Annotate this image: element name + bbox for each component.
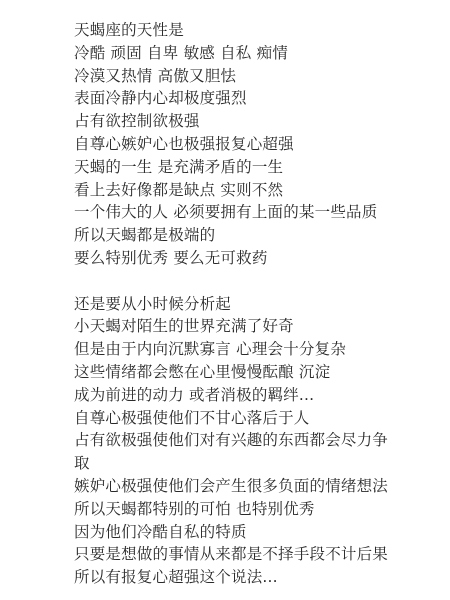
text-line: 因为他们冷酷自私的特质 — [74, 521, 394, 544]
paragraph-spacer — [74, 270, 394, 293]
text-line: 天蝎座的天性是 — [74, 19, 394, 42]
text-line: 要么特别优秀 要么无可救药 — [74, 247, 394, 270]
text-line: 成为前进的动力 或者消极的羁绊... — [74, 384, 394, 407]
text-line: 天蝎的一生 是充满矛盾的一生 — [74, 156, 394, 179]
text-line: 嫉妒心极强使他们会产生很多负面的情绪想法 — [74, 475, 394, 498]
text-line: 这些情绪都会憋在心里慢慢酝酿 沉淀 — [74, 361, 394, 384]
text-line: 占有欲控制欲极强 — [74, 110, 394, 133]
text-line: 冷酷 顽固 自卑 敏感 自私 痴情 — [74, 42, 394, 65]
text-line: 占有欲极强使他们对有兴趣的东西都会尽力争 — [74, 429, 394, 452]
text-line: 所以天蝎都特别的可怕 也特别优秀 — [74, 498, 394, 521]
text-line: 自尊心嫉妒心也极强报复心超强 — [74, 133, 394, 156]
document-body: 天蝎座的天性是 冷酷 顽固 自卑 敏感 自私 痴情 冷漠又热情 高傲又胆怯 表面… — [74, 19, 394, 589]
text-line: 一个伟大的人 必须要拥有上面的某一些品质 — [74, 201, 394, 224]
text-line: 自尊心极强使他们不甘心落后于人 — [74, 407, 394, 430]
text-line: 看上去好像都是缺点 实则不然 — [74, 179, 394, 202]
paragraph-childhood-analysis: 还是要从小时候分析起 小天蝎对陌生的世界充满了好奇 但是由于内向沉默寡言 心理会… — [74, 293, 394, 589]
text-line: 小天蝎对陌生的世界充满了好奇 — [74, 315, 394, 338]
text-line: 冷漠又热情 高傲又胆怯 — [74, 65, 394, 88]
text-line: 所以有报复心超强这个说法... — [74, 566, 394, 589]
text-line: 取 — [74, 452, 394, 475]
text-line: 所以天蝎都是极端的 — [74, 224, 394, 247]
text-line: 还是要从小时候分析起 — [74, 293, 394, 316]
text-line: 但是由于内向沉默寡言 心理会十分复杂 — [74, 338, 394, 361]
text-line: 表面冷静内心却极度强烈 — [74, 87, 394, 110]
text-line: 只要是想做的事情从来都是不择手段不计后果 — [74, 543, 394, 566]
paragraph-scorpio-nature: 天蝎座的天性是 冷酷 顽固 自卑 敏感 自私 痴情 冷漠又热情 高傲又胆怯 表面… — [74, 19, 394, 270]
